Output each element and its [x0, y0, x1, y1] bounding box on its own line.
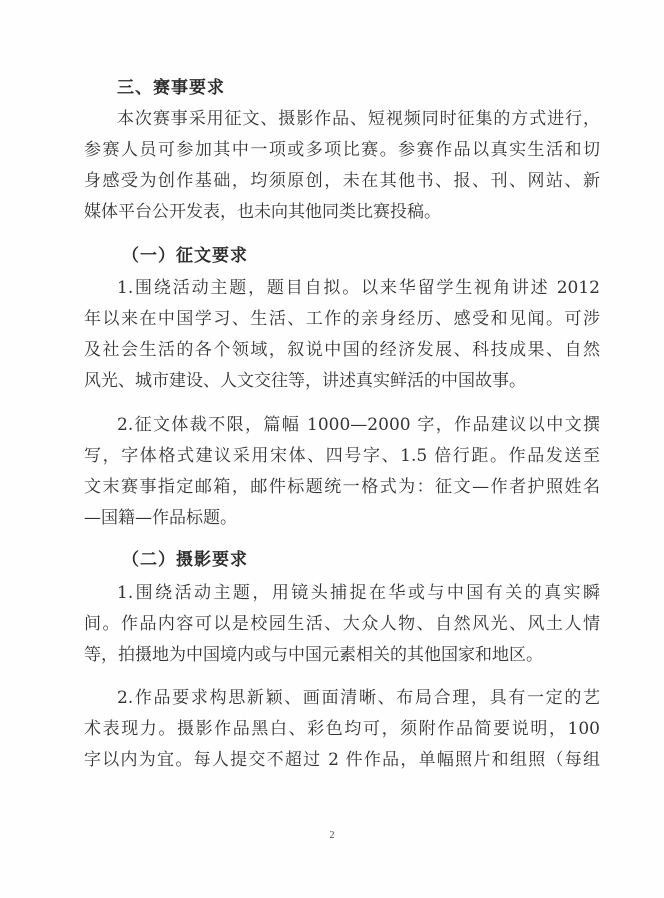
- page-number: 2: [0, 830, 664, 841]
- intro-line-4: 媒体平台公开发表，也未向其他同类比赛投稿。: [84, 197, 600, 227]
- essay-item2-line-4: —国籍—作品标题。: [84, 503, 600, 533]
- essay-item1-line-2: 年以来在中国学习、生活、工作的亲身经历、感受和见闻。可涉: [84, 304, 600, 334]
- intro-line-3: 身感受为创作基础，均须原创，未在其他书、报、刊、网站、新: [84, 166, 600, 196]
- photo-item2-line-3: 字以内为宜。每人提交不超过 2 件作品，单幅照片和组照（每组: [84, 745, 600, 775]
- essay-item1-line-4: 风光、城市建设、人文交往等，讲述真实鲜活的中国故事。: [84, 366, 600, 396]
- essay-item2-line-1: 2.征文体裁不限，篇幅 1000—2000 字，作品建议以中文撰: [117, 410, 600, 440]
- subsection-title-essay: （一）征文要求: [122, 241, 248, 271]
- photo-item1-line-2: 间。作品内容可以是校园生活、大众人物、自然风光、风土人情: [84, 609, 600, 639]
- document-page: 三、赛事要求 本次赛事采用征文、摄影作品、短视频同时征集的方式进行， 参赛人员可…: [0, 0, 664, 898]
- subsection-title-photography: （二）摄影要求: [122, 545, 248, 575]
- photo-item1-line-3: 等，拍摄地为中国境内或与中国元素相关的其他国家和地区。: [84, 640, 600, 670]
- essay-item2-line-3: 文末赛事指定邮箱，邮件标题统一格式为：征文—作者护照姓名: [84, 472, 600, 502]
- photo-item2-line-1: 2.作品要求构思新颖、画面清晰、布局合理，具有一定的艺: [117, 683, 600, 713]
- essay-item1-line-3: 及社会生活的各个领域，叙说中国的经济发展、科技成果、自然: [84, 335, 600, 365]
- photo-item2-line-2: 术表现力。摄影作品黑白、彩色均可，须附作品简要说明，100: [84, 714, 600, 744]
- photo-item1-line-1: 1.围绕活动主题，用镜头捕捉在华或与中国有关的真实瞬: [117, 578, 600, 608]
- section-title: 三、赛事要求: [117, 73, 225, 103]
- essay-item1-line-1: 1.围绕活动主题，题目自拟。以来华留学生视角讲述 2012: [117, 273, 600, 303]
- intro-line-2: 参赛人员可参加其中一项或多项比赛。参赛作品以真实生活和切: [84, 135, 600, 165]
- essay-item2-line-2: 写，字体格式建议采用宋体、四号字、1.5 倍行距。作品发送至: [84, 441, 600, 471]
- intro-line-1: 本次赛事采用征文、摄影作品、短视频同时征集的方式进行，: [117, 104, 600, 134]
